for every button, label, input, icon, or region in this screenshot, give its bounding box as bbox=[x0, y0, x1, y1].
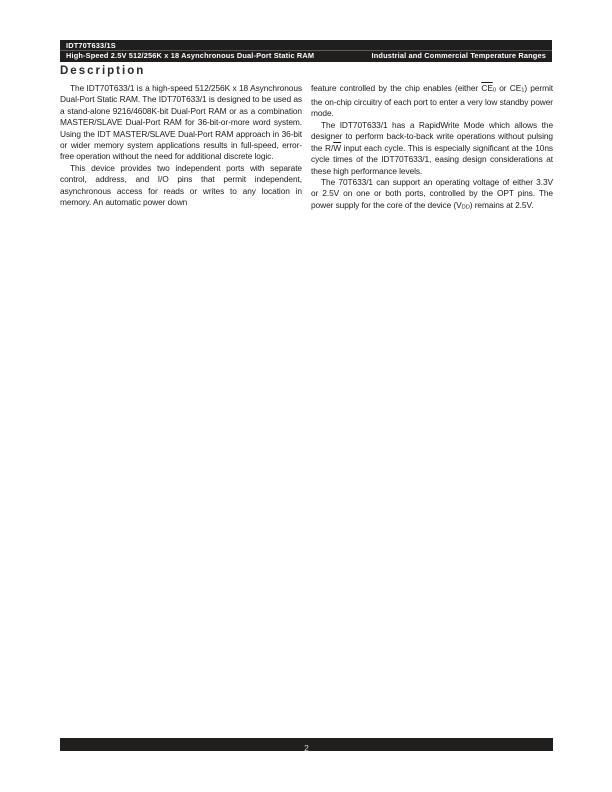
header-bar: IDT70T633/1S High-Speed 2.5V 512/256K x … bbox=[60, 40, 552, 62]
description-column-right: feature controlled by the chip enables (… bbox=[311, 83, 553, 214]
description-columns: The IDT70T633/1 is a high-speed 512/256K… bbox=[60, 83, 553, 214]
description-column-left: The IDT70T633/1 is a high-speed 512/256K… bbox=[60, 83, 302, 214]
paragraph: This device provides two independent por… bbox=[60, 163, 302, 209]
text-run: or CE bbox=[496, 83, 521, 93]
text-run: input each cycle. This is especially sig… bbox=[311, 143, 553, 176]
text-run: The IDT70T633/1 is a high-speed 512/256K… bbox=[60, 83, 302, 161]
header-subtitle-row: High-Speed 2.5V 512/256K x 18 Asynchrono… bbox=[60, 51, 552, 61]
text-run: DD bbox=[462, 204, 470, 210]
description-heading: Description bbox=[60, 65, 145, 77]
header-part-number: IDT70T633/1S bbox=[66, 41, 116, 50]
paragraph: feature controlled by the chip enables (… bbox=[311, 83, 553, 120]
header-subtitle: High-Speed 2.5V 512/256K x 18 Asynchrono… bbox=[66, 51, 314, 61]
paragraph: The IDT70T633/1 is a high-speed 512/256K… bbox=[60, 83, 302, 163]
paragraph: The IDT70T633/1 has a RapidWrite Mode wh… bbox=[311, 120, 553, 177]
text-run: ) remains at 2.5V. bbox=[470, 200, 534, 210]
header-temperature-ranges: Industrial and Commercial Temperature Ra… bbox=[372, 51, 546, 61]
text-run: feature controlled by the chip enables (… bbox=[311, 83, 481, 93]
footer-bar: 2 bbox=[60, 738, 553, 751]
text-run: W bbox=[333, 143, 341, 153]
page-number: 2 bbox=[304, 743, 309, 753]
header-part-number-row: IDT70T633/1S bbox=[60, 40, 552, 51]
datasheet-page: IDT70T633/1S High-Speed 2.5V 512/256K x … bbox=[0, 0, 612, 792]
text-run: This device provides two independent por… bbox=[60, 163, 302, 207]
text-run: CE bbox=[481, 83, 492, 93]
paragraph: The 70T633/1 can support an operating vo… bbox=[311, 177, 553, 214]
